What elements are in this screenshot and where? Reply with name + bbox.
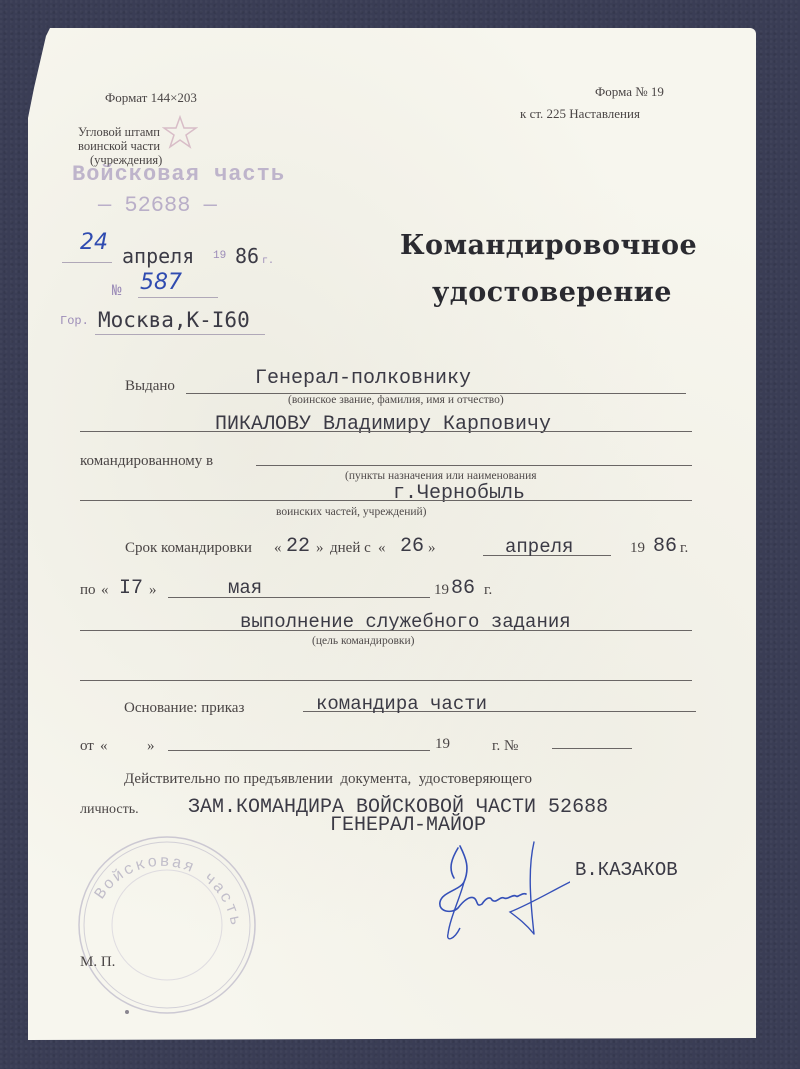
signatory-rank: ГЕНЕРАЛ-МАЙОР: [330, 814, 486, 837]
outgoing-number-value: 587: [140, 270, 182, 295]
basis-label: Основание: приказ: [124, 700, 244, 717]
city-label: Гор.: [60, 314, 89, 328]
issued-name-value: ПИКАЛОВУ Владимиру Карповичу: [215, 413, 551, 436]
from-year-value: 86: [653, 535, 677, 558]
validity-text-line1: Действительно по предъявлении документа,…: [124, 771, 532, 788]
form-number: Форма № 19: [595, 84, 664, 100]
format-label: Формат 144×203: [105, 90, 197, 106]
unit-stamp-line2: — 52688 —: [98, 193, 217, 218]
to-label: по: [80, 582, 96, 599]
handwritten-signature: [430, 838, 570, 948]
order-year-suffix: г. №: [492, 738, 518, 755]
basis-value: командира части: [316, 693, 487, 715]
caption-line: Угловой штамп: [78, 125, 162, 139]
from-year-prefix: 19: [630, 540, 645, 557]
document-title-line1: Командировочное: [400, 230, 697, 261]
issue-date-year-prefix: 19: [213, 250, 226, 262]
issued-caption: (воинское звание, фамилия, имя и отчеств…: [288, 394, 504, 406]
sent-to-caption-1: (пункты назначения или наименования: [345, 470, 537, 482]
issue-date-month: апреля: [122, 244, 194, 268]
signatory-name: В.КАЗАКОВ: [575, 859, 678, 881]
paper-mark: [125, 1010, 129, 1014]
unit-stamp-line1: Войсковая часть: [72, 162, 285, 187]
to-year-prefix: 19: [434, 582, 449, 599]
term-days-value: 22: [286, 535, 310, 558]
from-year-suffix: г.: [680, 540, 688, 557]
official-seal: Войсковая часть: [72, 830, 262, 1020]
form-reference: к ст. 225 Наставления: [520, 106, 640, 122]
to-year-suffix: г.: [484, 582, 492, 599]
star-icon: [162, 115, 198, 151]
caption-line: воинской части: [78, 139, 162, 153]
issued-label: Выдано: [125, 378, 175, 395]
issue-date-year: 86: [235, 244, 259, 268]
order-from-label: от: [80, 738, 94, 755]
sent-to-value: г.Чернобыль: [393, 482, 525, 505]
issued-rank-value: Генерал-полковнику: [255, 367, 471, 390]
sent-to-label: командированному в: [80, 453, 213, 470]
corner-stamp-caption: Угловой штамп воинской части (учреждения…: [78, 125, 162, 167]
seal-place-label: М. П.: [80, 954, 115, 971]
sent-to-caption-2: воинских частей, учреждений): [276, 506, 427, 518]
from-day-value: 26: [400, 535, 424, 558]
term-label: Срок командировки: [125, 540, 252, 557]
document-title-line2: удостоверение: [432, 277, 672, 308]
to-day-value: I7: [119, 577, 143, 600]
from-month-value: апреля: [505, 536, 573, 558]
issue-date-year-suffix: г.: [262, 256, 274, 267]
issue-date-day: 24: [80, 230, 108, 255]
purpose-caption: (цель командировки): [312, 635, 414, 647]
days-from-label: дней с: [330, 540, 371, 557]
to-year-value: 86: [451, 577, 475, 600]
outgoing-number-label: №: [112, 282, 122, 300]
city-value: Москва,К-I60: [98, 308, 250, 332]
validity-text-line2: личность.: [80, 802, 139, 818]
order-year-prefix: 19: [435, 736, 450, 753]
to-month-value: мая: [228, 577, 262, 599]
